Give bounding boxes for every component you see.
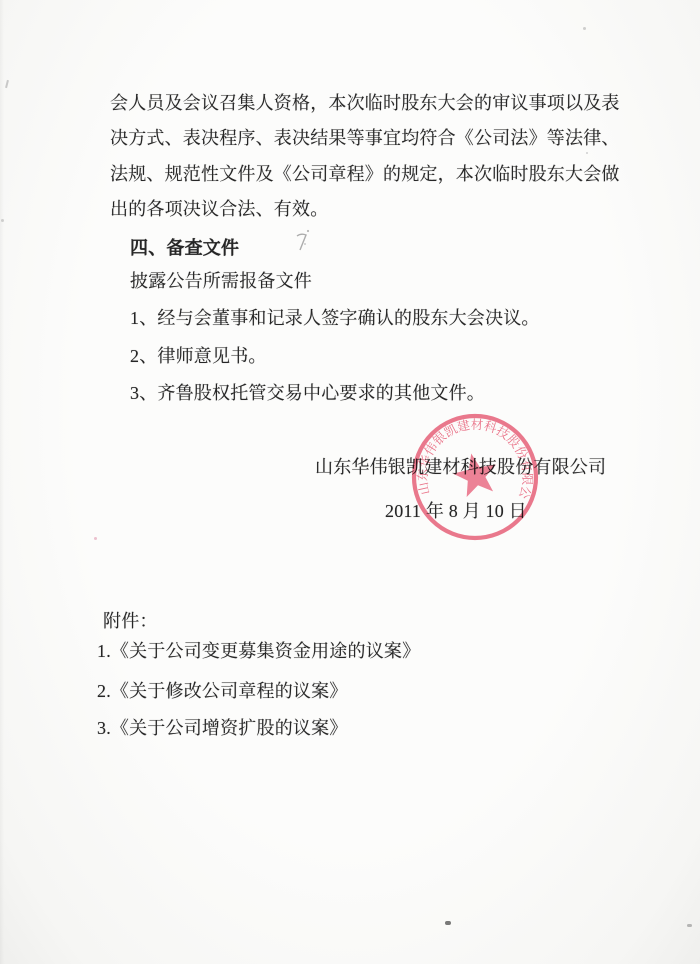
- attachment-item: 3.《关于公司增资扩股的议案》: [97, 718, 348, 740]
- scan-speck: [687, 924, 692, 927]
- scanned-document-page: 会人员及会议召集人资格，本次临时股东大会的审议事项以及表 决方式、表决程序、表决…: [0, 0, 700, 964]
- pencil-mark-artifact: [293, 228, 313, 256]
- attachment-item: 1.《关于公司变更募集资金用途的议案》: [97, 641, 420, 663]
- scan-speck: [586, 152, 588, 154]
- scan-speck: [94, 537, 97, 540]
- seal-star-icon: [450, 449, 501, 499]
- reference-list-item: 1、经与会董事和记录人签字确认的股东大会决议。: [130, 308, 540, 330]
- scan-speck: [5, 80, 9, 88]
- scan-edge-shadow: [0, 0, 4, 964]
- paragraph-line: 法规、规范性文件及《公司章程》的规定，本次临时股东大会做: [110, 157, 630, 192]
- paragraph-line: 决方式、表决程序、表决结果等事宜均符合《公司法》等法律、: [110, 121, 630, 156]
- scan-speck: [583, 27, 586, 30]
- section-heading: 四、备查文件: [130, 238, 239, 260]
- paragraph-line: 会人员及会议召集人资格，本次临时股东大会的审议事项以及表: [110, 86, 630, 121]
- paragraph-line: 出的各项决议合法、有效。: [110, 192, 630, 227]
- scan-speck: [445, 921, 451, 925]
- reference-list-item: 2、律师意见书。: [130, 346, 267, 368]
- attachments-label: 附件：: [103, 611, 158, 633]
- reference-list-item: 3、齐鲁股权托管交易中心要求的其他文件。: [130, 383, 485, 405]
- attachment-item: 2.《关于修改公司章程的议案》: [97, 681, 348, 703]
- body-paragraph: 会人员及会议召集人资格，本次临时股东大会的审议事项以及表 决方式、表决程序、表决…: [110, 86, 630, 228]
- section-intro: 披露公告所需报备文件: [130, 271, 312, 293]
- company-seal: 山东华伟银凯建材科技股份有限公司: [404, 406, 548, 550]
